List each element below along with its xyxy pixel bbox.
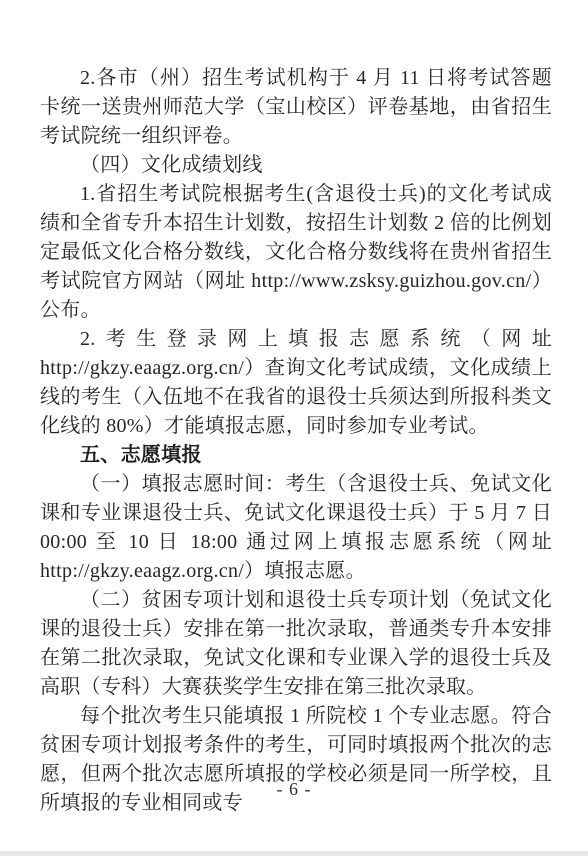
section-heading-volunteer-filling: 五、志愿填报 [40, 441, 552, 470]
paragraph-score-query: 2.考生登录网上填报志愿系统（网址 http://gkzy.eaagz.org.… [40, 325, 552, 441]
paragraph-volunteer-rules: 每个批次考生只能填报 1 所院校 1 个专业志愿。符合贫困专项计划报考条件的考生… [40, 702, 552, 818]
document-page: 2.各市（州）招生考试机构于 4 月 11 日将考试答题卡统一送贵州师范大学（宝… [0, 0, 588, 856]
page-number: - 6 - [0, 779, 588, 800]
paragraph-answer-card-marking: 2.各市（州）招生考试机构于 4 月 11 日将考试答题卡统一送贵州师范大学（宝… [40, 64, 552, 151]
paragraph-score-line-rule: 1.省招生考试院根据考生(含退役士兵)的文化考试成绩和全省专升本招生计划数，按招… [40, 180, 552, 325]
page-boundary-divider [0, 851, 588, 856]
document-body: 2.各市（州）招生考试机构于 4 月 11 日将考试答题卡统一送贵州师范大学（宝… [40, 64, 552, 818]
paragraph-filling-time: （一）填报志愿时间：考生（含退役士兵、免试文化课和专业课退役士兵、免试文化课退役… [40, 470, 552, 586]
subsection-heading-culture-score-line: （四）文化成绩划线 [40, 151, 552, 180]
paragraph-batch-arrangement: （二）贫困专项计划和退役士兵专项计划（免试文化课的退役士兵）安排在第一批次录取，… [40, 586, 552, 702]
